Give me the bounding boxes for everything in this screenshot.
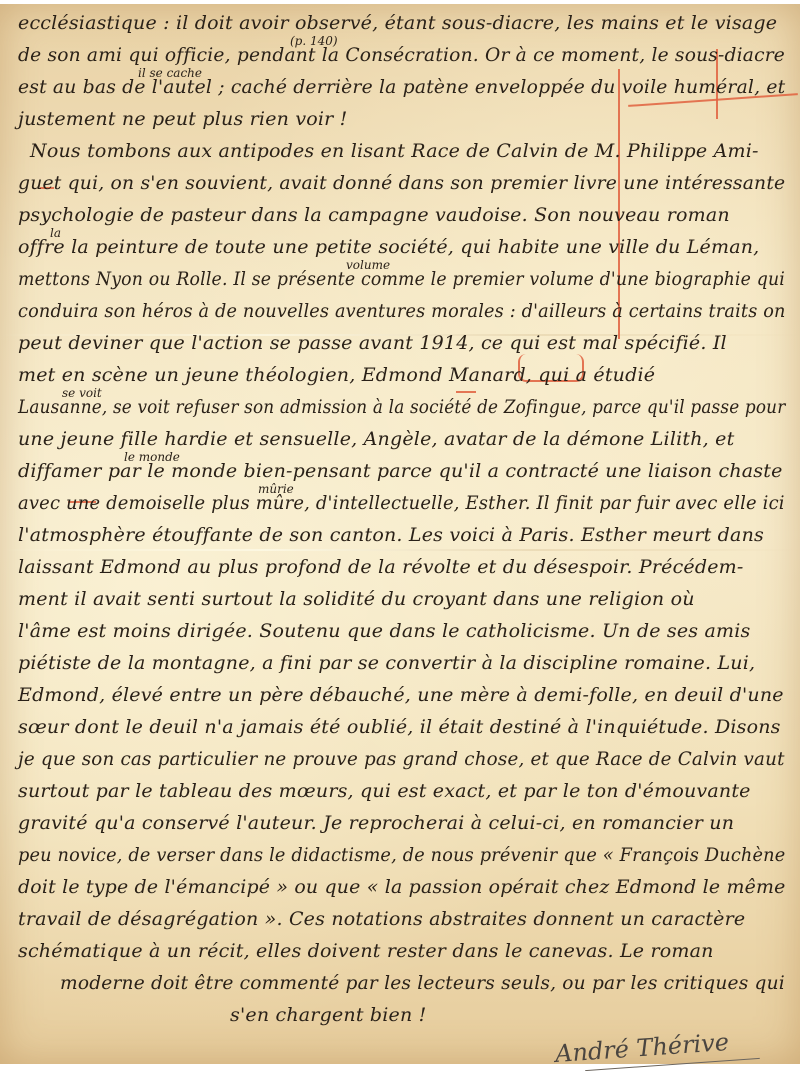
red-underline-mark [456, 391, 476, 393]
text-line: Nous tombons aux antipodes en lisant Rac… [30, 140, 759, 162]
text-line: l'âme est moins dirigée. Soutenu que dan… [18, 620, 750, 642]
manuscript-page: ecclésiastique : il doit avoir observé, … [0, 4, 800, 1064]
text-line: piétiste de la montagne, a fini par se c… [18, 652, 755, 674]
text-line: ecclésiastique : il doit avoir observé, … [18, 12, 777, 34]
text-line: doit le type de l'émancipé » ou que « la… [18, 876, 786, 898]
text-line: s'en chargent bien ! [230, 1004, 427, 1026]
paper-fold [0, 549, 800, 551]
text-line: ment il avait senti surtout la solidité … [18, 588, 695, 610]
text-line: je que son cas particulier ne prouve pas… [18, 748, 785, 770]
text-line: gravité qu'a conservé l'auteur. Je repro… [18, 812, 734, 834]
text-line: psychologie de pasteur dans la campagne … [18, 204, 730, 226]
text-line: de son ami qui officie, pendant la Consé… [18, 44, 785, 66]
text-line: offre la peinture de toute une petite so… [18, 236, 759, 258]
text-line: met en scène un jeune théologien, Edmond… [18, 364, 655, 386]
text-line: justement ne peut plus rien voir ! [18, 108, 348, 130]
interlinear-insertion: il se cache [138, 66, 202, 80]
text-line: mettons Nyon ou Rolle. Il se présente co… [18, 268, 785, 290]
text-line: Edmond, élevé entre un père débauché, un… [18, 684, 784, 706]
interlinear-insertion: la [50, 226, 61, 240]
text-line: travail de désagrégation ». Ces notation… [18, 908, 745, 930]
text-line: moderne doit être commenté par les lecte… [60, 972, 785, 994]
interlinear-insertion: le monde [124, 450, 180, 464]
text-line: peut deviner que l'action se passe avant… [18, 332, 727, 354]
text-line: Lausanne, se voit refuser son admission … [18, 396, 785, 418]
text-line: schématique à un récit, elles doivent re… [18, 940, 714, 962]
interlinear-insertion: volume [346, 258, 390, 272]
interlinear-insertion: se voit [62, 386, 102, 400]
text-line: est au bas de l'autel ; caché derrière l… [18, 76, 785, 98]
text-line: une jeune fille hardie et sensuelle, Ang… [18, 428, 734, 450]
text-line: l'atmosphère étouffante de son canton. L… [18, 524, 764, 546]
interlinear-insertion: mûrie [258, 482, 294, 496]
text-line: peu novice, de verser dans le didactisme… [18, 844, 785, 866]
text-line: guet qui, on s'en souvient, avait donné … [18, 172, 785, 194]
text-line: avec une demoiselle plus mûre, d'intelle… [18, 492, 785, 514]
text-line: sœur dont le deuil n'a jamais été oublié… [18, 716, 781, 738]
text-line: laissant Edmond au plus profond de la ré… [18, 556, 744, 578]
text-line: surtout par le tableau des mœurs, qui es… [18, 780, 751, 802]
interlinear-insertion: (p. 140) [290, 34, 338, 48]
text-line: conduira son héros à de nouvelles aventu… [18, 300, 786, 322]
